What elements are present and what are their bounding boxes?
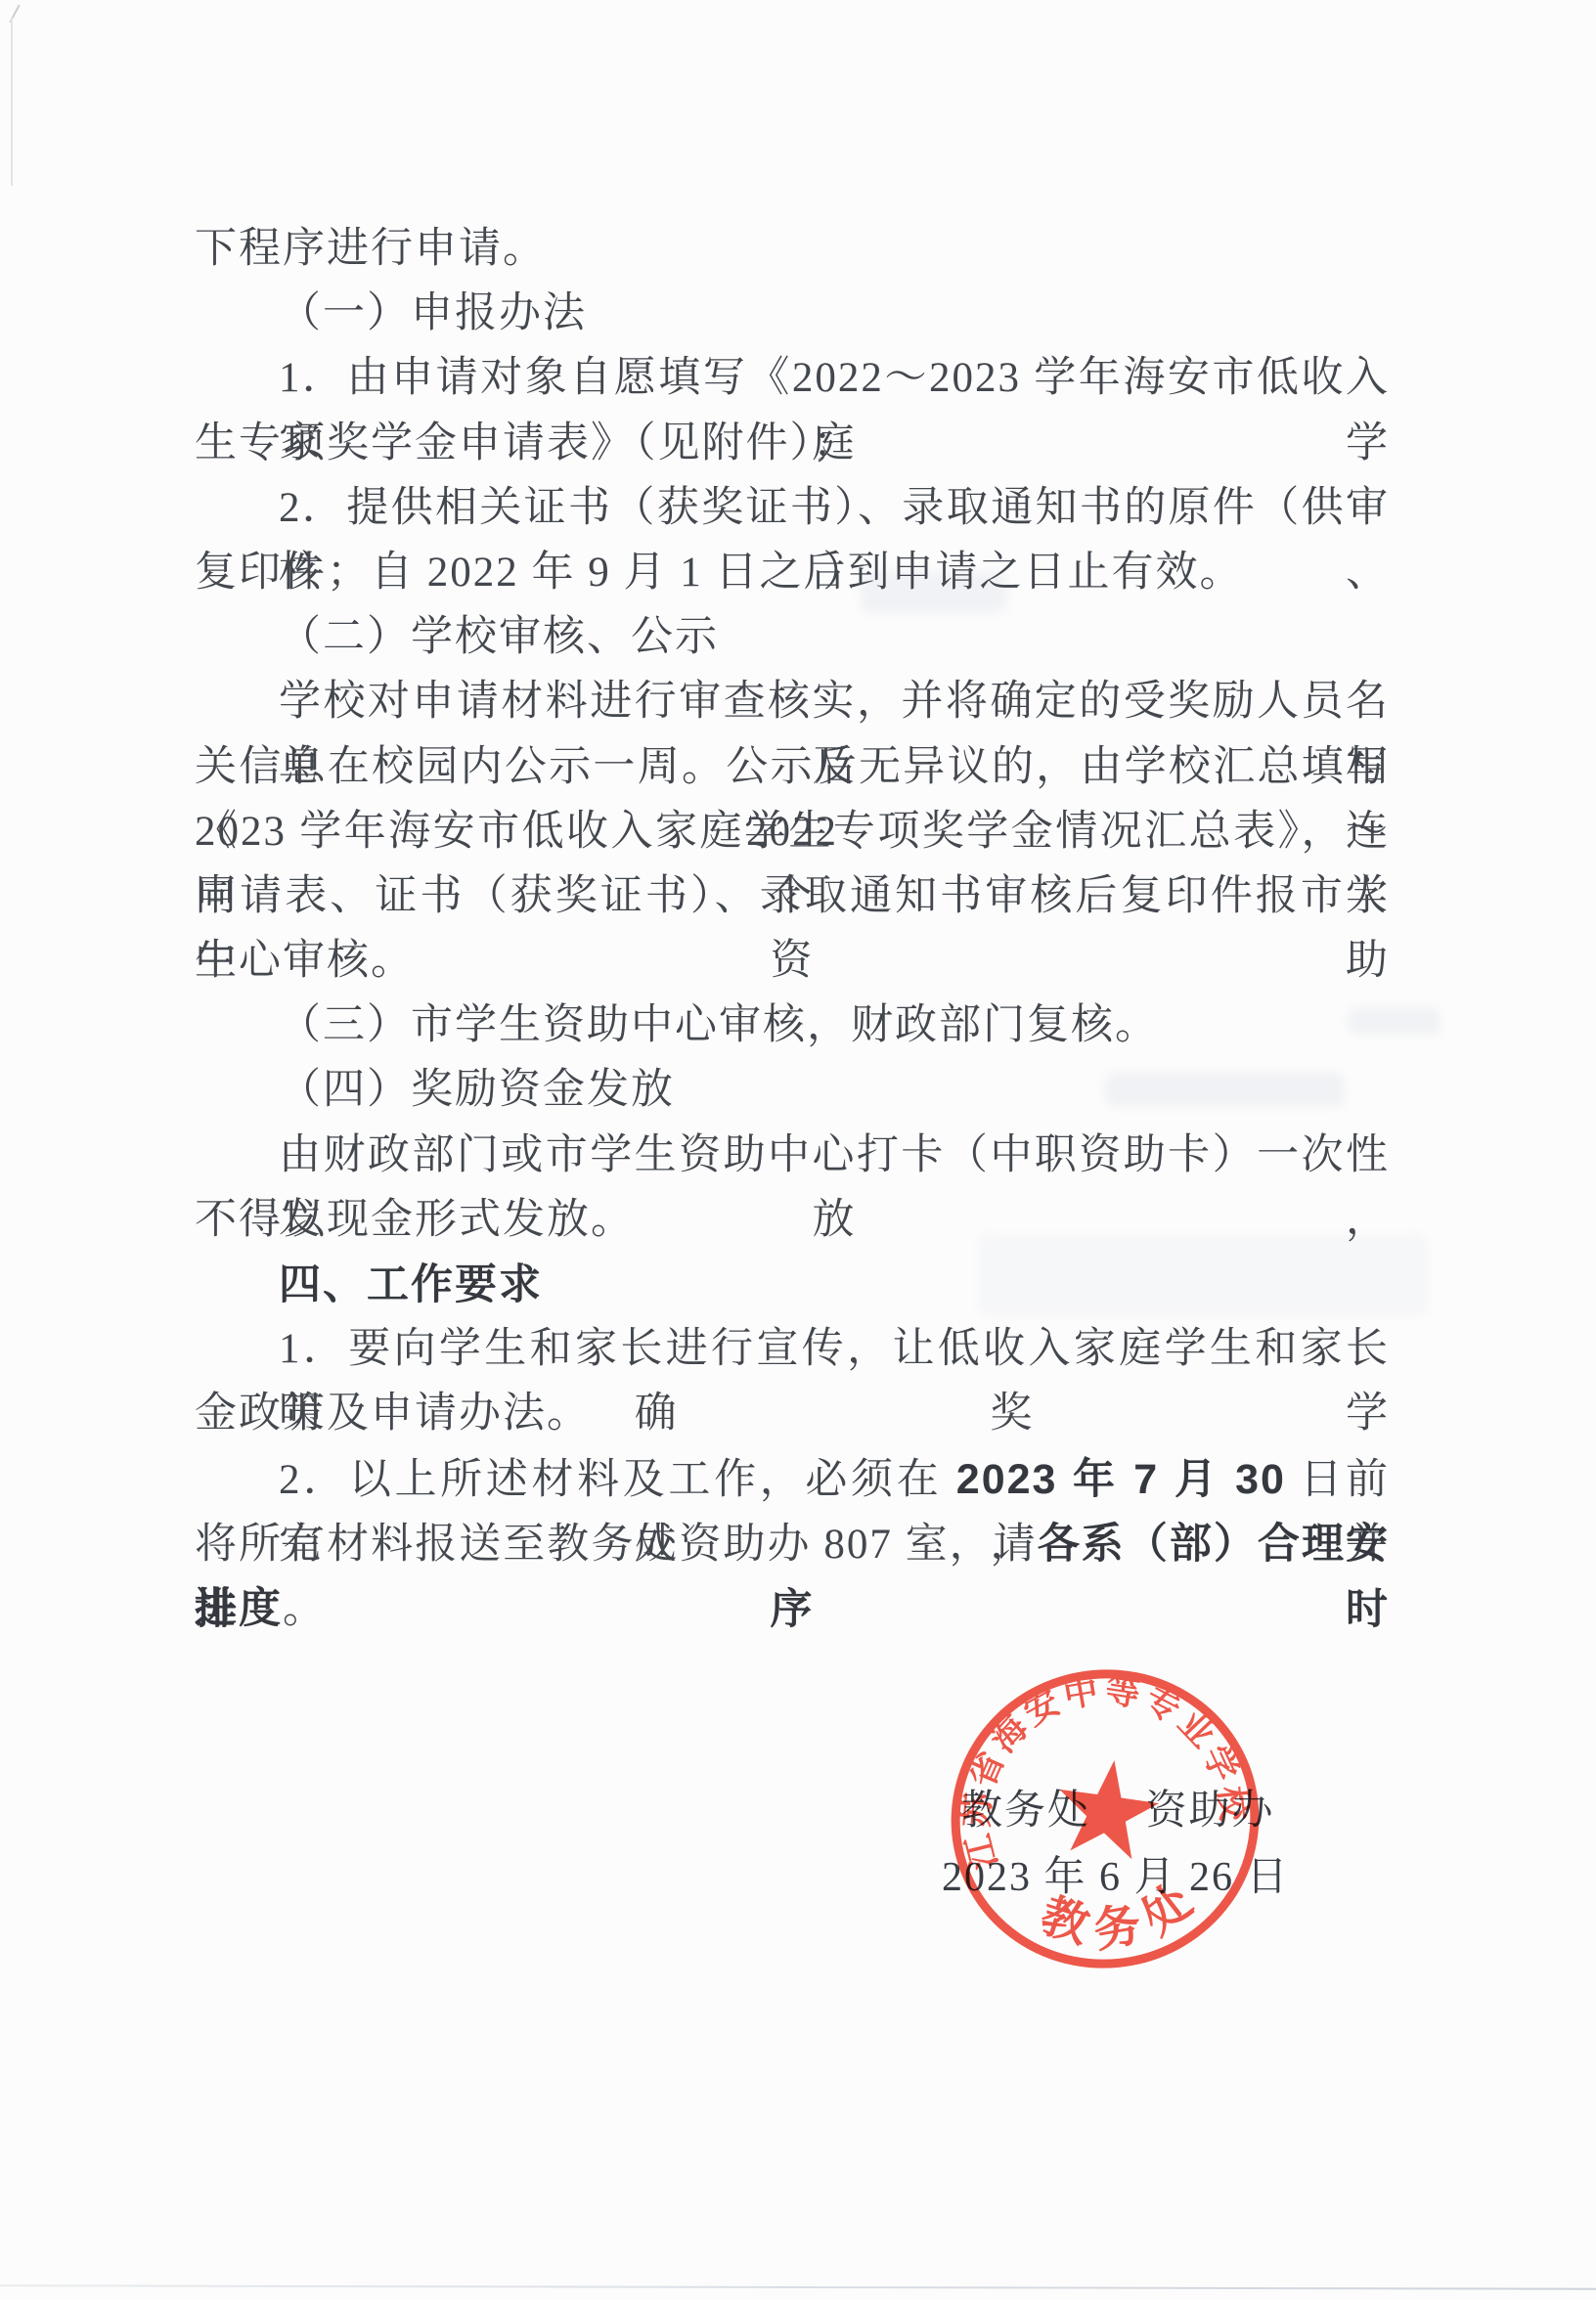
doc-line: 关信息在校园内公示一周。公示后无异议的，由学校汇总填写《2022～ — [195, 735, 1390, 800]
doc-text: 中心审核。 — [195, 938, 415, 984]
doc-text: （三）市学生资助中心审核，财政部门复核。 — [279, 1002, 1159, 1048]
scanned-document-page: 下程序进行申请。（一）申报办法1．由申请对象自愿填写《2022～2023 学年海… — [0, 0, 1596, 2300]
scan-artifact-edge-line — [11, 18, 13, 186]
doc-line: 2．提供相关证书（获奖证书）、录取通知书的原件（供审核）、 — [195, 476, 1390, 541]
doc-line: 1．由申请对象自愿填写《2022～2023 学年海安市低收入家庭学 — [195, 346, 1390, 411]
doc-text: （四）奖励资金发放 — [279, 1067, 675, 1113]
doc-line: 1．要向学生和家长进行宣传，让低收入家庭学生和家长明确奖学 — [195, 1317, 1390, 1382]
doc-line: 申请表、证书（获奖证书）、录取通知书审核后复印件报市学生资助 — [195, 864, 1390, 929]
doc-line: 四、工作要求 — [195, 1253, 1390, 1317]
doc-line: 下程序进行申请。 — [195, 217, 1390, 282]
doc-line: （二）学校审核、公示 — [195, 605, 1390, 670]
doc-text: 。 — [283, 1586, 327, 1632]
signature-date: 2023 年 6 月 26 日 — [942, 1844, 1290, 1903]
doc-text-bold: 2023 年 7 月 30 — [956, 1456, 1286, 1503]
seal-ring-text: 江苏省海安中等专业学校 — [934, 1649, 1256, 1874]
doc-text: 金政策及申请办法。 — [195, 1391, 591, 1437]
doc-line: 2023 学年海安市低收入家庭学生专项奖学金情况汇总表》，连同个人 — [195, 800, 1390, 864]
doc-text: 2．以上所述材料及工作，必须在 — [279, 1457, 956, 1503]
doc-text: 复印件；自 2022 年 9 月 1 日之后到申请之日止有效。 — [195, 550, 1244, 596]
doc-text-bold: 四、工作要求 — [279, 1261, 543, 1308]
doc-text: 下程序进行申请。 — [195, 226, 547, 272]
signature-departments: 教务处 资助办 — [961, 1778, 1275, 1836]
doc-line: 将所有材料报送至教务处资助办 807 室，请各系（部）合理安排序时 — [195, 1512, 1390, 1576]
doc-line: （三）市学生资助中心审核，财政部门复核。 — [195, 994, 1390, 1058]
doc-line: 学校对申请材料进行审查核实，并将确定的受奖励人员名单及相 — [195, 670, 1390, 734]
doc-line: （一）申报办法 — [195, 282, 1390, 346]
doc-text: 不得以现金形式发放。 — [195, 1197, 635, 1243]
doc-text-bold: 进度 — [195, 1585, 283, 1632]
doc-text: 生专项奖学金申请表》（见附件）； — [195, 420, 857, 466]
doc-line: 复印件；自 2022 年 9 月 1 日之后到申请之日止有效。 — [195, 541, 1390, 605]
doc-text: （一）申报办法 — [279, 290, 587, 336]
doc-text: 将所有材料报送至教务处资助办 807 室，请 — [195, 1522, 1038, 1568]
doc-text: （二）学校审核、公示 — [279, 614, 719, 660]
doc-line: 2．以上所述材料及工作，必须在 2023 年 7 月 30 日前完成，并 — [195, 1447, 1390, 1512]
doc-line: 由财政部门或市学生资助中心打卡（中职资助卡）一次性发放， — [195, 1124, 1390, 1188]
scan-artifact-bottom-edge — [0, 2284, 1596, 2289]
document-body: 下程序进行申请。（一）申报办法1．由申请对象自愿填写《2022～2023 学年海… — [195, 217, 1390, 1641]
doc-line: （四）奖励资金发放 — [195, 1058, 1390, 1123]
